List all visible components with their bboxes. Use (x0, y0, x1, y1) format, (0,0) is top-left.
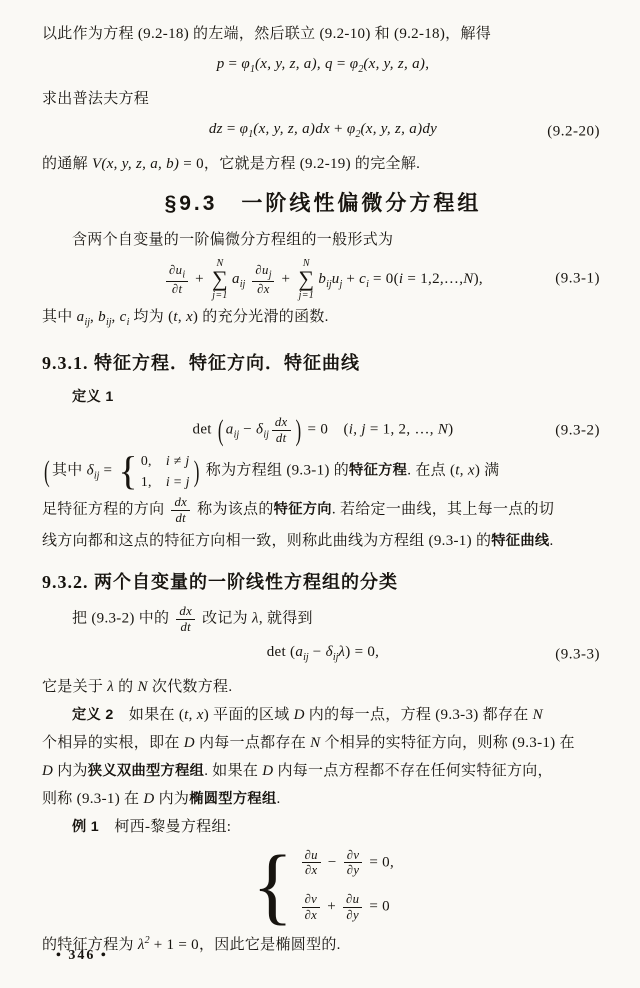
equation-number: (9.3-2) (555, 419, 600, 444)
subsection-heading-9-3-1: 9.3.1. 特征方程．特征方向．特征曲线 (42, 351, 604, 376)
paragraph-intro: 以此作为方程 (9.2-18) 的左端，然后联立 (9.2-10) 和 (9.2… (42, 22, 604, 47)
paragraph-general-form: 含两个自变量的一阶偏微分方程组的一般形式为 (42, 228, 604, 253)
equation-9-3-3: det (aij − δijλ) = 0,(9.3-3) (42, 640, 604, 670)
paragraph-smooth-functions: 其中 aij, bij, ci 均为 (t, x) 的充分光滑的函数. (42, 305, 604, 335)
equation-number: (9.3-3) (555, 642, 600, 667)
subsection-heading-9-3-2: 9.3.2. 两个自变量的一阶线性方程组的分类 (42, 570, 604, 595)
equation-9-3-2: det (aij − δijdxdt) = 0 (i, j = 1, 2, …,… (42, 415, 604, 448)
paragraph-algebraic-equation: 它是关于 λ 的 N 次代数方程. (42, 675, 604, 700)
fraction: ∂ui∂t (166, 263, 188, 297)
page-number: • 346 • (56, 948, 108, 964)
fraction: ∂v∂x (302, 892, 321, 922)
paragraph-pfaff: 求出普法夫方程 (42, 87, 604, 112)
brace-system: {∂u∂x − ∂v∂y = 0,∂v∂x + ∂u∂y = 0 (252, 848, 394, 923)
paragraph-definition-2c: D 内为狭义双曲型方程组. 如果在 D 内每一点方程都不存在任何实特征方向， (42, 759, 604, 784)
paragraph-definition-2d: 则称 (9.3-1) 在 D 内为椭圆型方程组. (42, 787, 604, 812)
example-1-label: 例 1 柯西-黎曼方程组: (42, 815, 604, 840)
equation-number: (9.3-1) (555, 267, 600, 292)
paragraph-characteristic-direction: 足特征方程的方向 dxdt 称为该点的特征方向. 若给定一曲线，其上每一点的切 (42, 495, 604, 525)
summation-sigma: N∑j=1 (298, 258, 314, 301)
equation-pq: p = φ1(x, y, z, a), q = φ2(x, y, z, a), (42, 52, 604, 82)
paragraph-rewrite-lambda: 把 (9.3-2) 中的 dxdt 改记为 λ, 就得到 (42, 604, 604, 634)
fraction: dxdt (171, 495, 190, 525)
equation-number: (9.2-20) (547, 120, 600, 145)
fraction: ∂v∂y (344, 848, 363, 878)
paragraph-delta-definition: (其中 δij = {0, i ≠ j1, i = j) 称为方程组 (9.3-… (42, 451, 604, 491)
equation-cauchy-riemann-system: {∂u∂x − ∂v∂y = 0,∂v∂x + ∂u∂y = 0 (42, 848, 604, 923)
paragraph-general-solution: 的通解 V(x, y, z, a, b) = 0，它就是方程 (9.2-19) … (42, 152, 604, 177)
left-brace: { (118, 453, 138, 489)
equation-9-3-1: ∂ui∂t + N∑j=1aij ∂uj∂x + N∑j=1bijuj + ci… (42, 258, 604, 301)
left-brace: { (252, 849, 294, 922)
summation-sigma: N∑j=1 (212, 258, 228, 301)
paragraph-elliptic-conclusion: 的特征方程为 λ2 + 1 = 0，因此它是椭圆型的. (42, 928, 604, 958)
fraction: ∂uj∂x (252, 263, 274, 297)
page-body: 以此作为方程 (9.2-18) 的左端，然后联立 (9.2-10) 和 (9.2… (0, 0, 640, 958)
definition-1-label: 定义 1 (42, 385, 604, 410)
paragraph-definition-2b: 个相异的实根，即在 D 内每一点都存在 N 个相异的实特征方向，则称 (9.3-… (42, 731, 604, 756)
textbook-page: 以此作为方程 (9.2-18) 的左端，然后联立 (9.2-10) 和 (9.2… (0, 0, 640, 988)
paragraph-definition-2a: 定义 2 如果在 (t, x) 平面的区域 D 内的每一点，方程 (9.3-3)… (42, 703, 604, 728)
fraction: dxdt (176, 604, 195, 634)
fraction: dxdt (272, 415, 291, 445)
brace-system: {0, i ≠ j1, i = j (118, 451, 189, 491)
section-heading-9-3: §9.3 一阶线性偏微分方程组 (42, 191, 604, 216)
equation-9-2-20: dz = φ1(x, y, z, a)dx + φ2(x, y, z, a)dy… (42, 117, 604, 147)
paragraph-characteristic-curve: 线方向都和这点的特征方向相一致，则称此曲线为方程组 (9.3-1) 的特征曲线. (42, 529, 604, 554)
fraction: ∂u∂x (302, 848, 321, 878)
fraction: ∂u∂y (343, 892, 362, 922)
